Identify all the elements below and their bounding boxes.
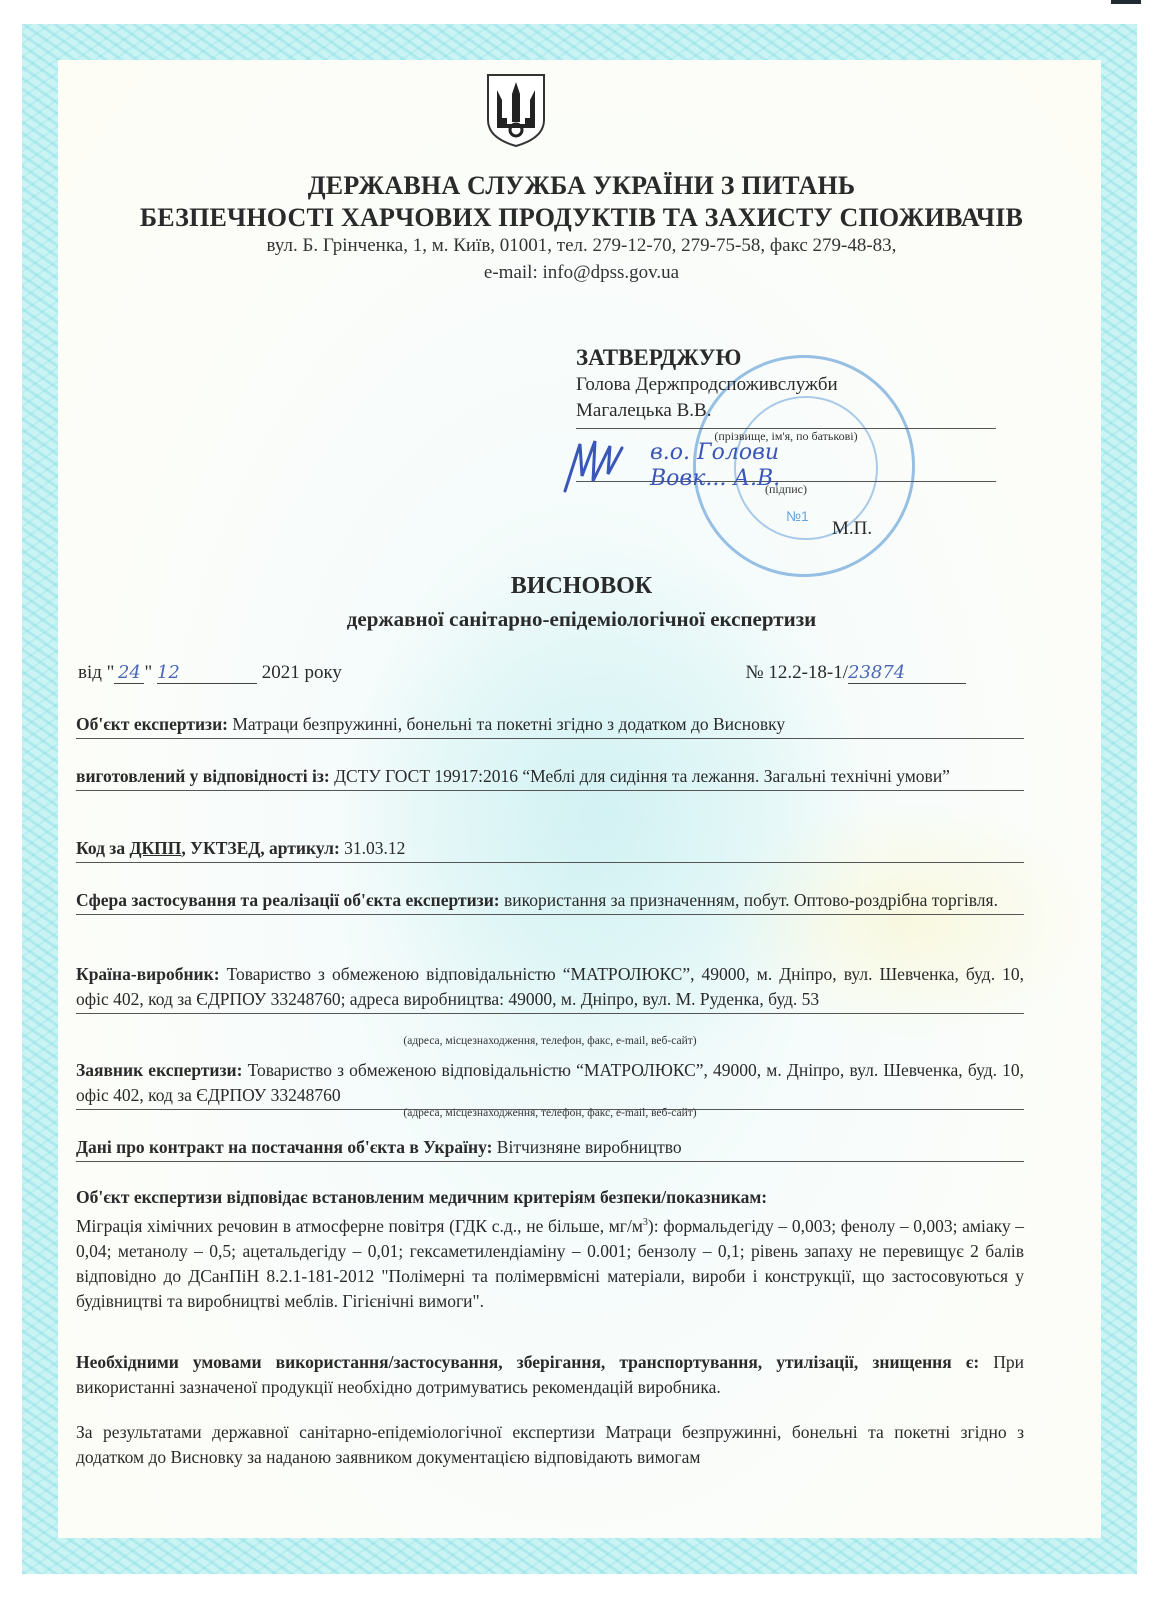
field-code-value: 31.03.12 bbox=[344, 838, 405, 858]
field-code-label-prefix: Код за bbox=[76, 838, 125, 858]
field-manufactured-label: виготовлений у відповідності із: bbox=[76, 766, 330, 786]
field-country: Країна-виробник: Товариство з обмеженою … bbox=[76, 962, 1024, 1014]
signature-scribble-icon bbox=[560, 436, 630, 496]
trident-coat-of-arms-icon bbox=[485, 72, 547, 148]
field-conditions-label: Необхідними умовами використання/застосу… bbox=[76, 1352, 979, 1372]
field-criteria: Об'єкт експертизи відповідає встановлени… bbox=[76, 1185, 1024, 1314]
document-subtitle: державної санітарно-епідеміологічної екс… bbox=[0, 607, 1163, 632]
email-line: e-mail: info@dpss.gov.ua bbox=[0, 259, 1163, 286]
document-content: ДЕРЖАВНА СЛУЖБА УКРАЇНИ З ПИТАНЬ БЕЗПЕЧН… bbox=[0, 0, 1163, 1600]
field-scope-value: використання за призначенням, побут. Опт… bbox=[504, 890, 998, 910]
date-number-row: від "24" 12 2021 року № 12.2-18-1/23874 bbox=[78, 662, 966, 684]
field-code: Код за ДКПП, УКТЗЕД, артикул: 31.03.12 bbox=[76, 836, 1024, 863]
approval-block: ЗАТВЕРДЖУЮ Голова Держпродспоживслужби М… bbox=[576, 344, 996, 496]
document-title: ВИСНОВОК bbox=[0, 573, 1163, 600]
field-conclusion: За результатами державної санітарно-епід… bbox=[76, 1420, 1024, 1470]
organization-address: вул. Б. Грінченка, 1, м. Київ, 01001, те… bbox=[0, 232, 1163, 286]
date-year: 2021 року bbox=[262, 662, 342, 683]
field-scope: Сфера застосування та реалізації об'єкта… bbox=[76, 888, 1024, 915]
organization-name-line1: ДЕРЖАВНА СЛУЖБА УКРАЇНИ З ПИТАНЬ bbox=[0, 170, 1163, 202]
approver-position: Голова Держпродспоживслужби bbox=[576, 372, 996, 398]
organization-name-line2: БЕЗПЕЧНОСТІ ХАРЧОВИХ ПРОДУКТІВ ТА ЗАХИСТ… bbox=[0, 202, 1163, 234]
field-object-value: Матраци безпружинні, бонельні та покетні… bbox=[232, 714, 785, 734]
field-conditions: Необхідними умовами використання/застосу… bbox=[76, 1350, 1024, 1400]
address-line: вул. Б. Грінченка, 1, м. Київ, 01001, те… bbox=[0, 232, 1163, 259]
seal-label: М.П. bbox=[832, 518, 872, 540]
number-prefix: № 12.2-18-1/ bbox=[745, 662, 848, 683]
organization-name: ДЕРЖАВНА СЛУЖБА УКРАЇНИ З ПИТАНЬ БЕЗПЕЧН… bbox=[0, 170, 1163, 234]
handwritten-signer-name: Вовк... А.В. bbox=[650, 466, 780, 491]
field-conclusion-value: За результатами державної санітарно-епід… bbox=[76, 1422, 1024, 1467]
field-code-label-suffix: , УКТЗЕД, артикул: bbox=[181, 838, 339, 858]
field-applicant-label: Заявник експертизи: bbox=[76, 1060, 242, 1080]
field-contract-label: Дані про контракт на постачання об'єкта … bbox=[76, 1137, 492, 1157]
field-country-label: Країна-виробник: bbox=[76, 964, 220, 984]
field-code-label-underlined: ДКПП bbox=[129, 838, 181, 858]
signature-caption: (підпис) bbox=[576, 482, 996, 496]
date-day: 24 bbox=[114, 662, 144, 684]
field-country-caption: (адреса, місцезнаходження, телефон, факс… bbox=[76, 1035, 1024, 1047]
handwritten-acting-title: в.о. Голови bbox=[650, 440, 779, 465]
field-object-label: Об'єкт експертизи: bbox=[76, 714, 228, 734]
date-month: 12 bbox=[157, 662, 257, 684]
name-caption: (прізвище, ім'я, по батькові) bbox=[576, 429, 996, 443]
field-manufactured-value: ДСТУ ГОСТ 19917:2016 “Меблі для сидіння … bbox=[334, 766, 950, 786]
field-object: Об'єкт експертизи: Матраци безпружинні, … bbox=[76, 712, 1024, 739]
field-applicant-caption: (адреса, місцезнаходження, телефон, факс… bbox=[76, 1107, 1024, 1119]
field-contract-value: Вітчизняне виробництво bbox=[497, 1137, 682, 1157]
field-manufactured: виготовлений у відповідності із: ДСТУ ГО… bbox=[76, 764, 1024, 791]
document-number: № 12.2-18-1/23874 bbox=[745, 662, 966, 684]
field-criteria-label: Об'єкт експертизи відповідає встановлени… bbox=[76, 1187, 767, 1207]
field-scope-label: Сфера застосування та реалізації об'єкта… bbox=[76, 890, 500, 910]
field-contract: Дані про контракт на постачання об'єкта … bbox=[76, 1135, 1024, 1162]
number-handwritten: 23874 bbox=[848, 662, 966, 684]
stamp-number: №1 bbox=[786, 508, 809, 524]
field-criteria-value-a: Міграція хімічних речовин в атмосферне п… bbox=[76, 1216, 643, 1236]
field-applicant: Заявник експертизи: Товариство з обмежен… bbox=[76, 1058, 1024, 1110]
approval-title: ЗАТВЕРДЖУЮ bbox=[576, 344, 996, 372]
date-prefix: від bbox=[78, 662, 102, 683]
approver-name: Магалецька В.В. bbox=[576, 398, 996, 424]
